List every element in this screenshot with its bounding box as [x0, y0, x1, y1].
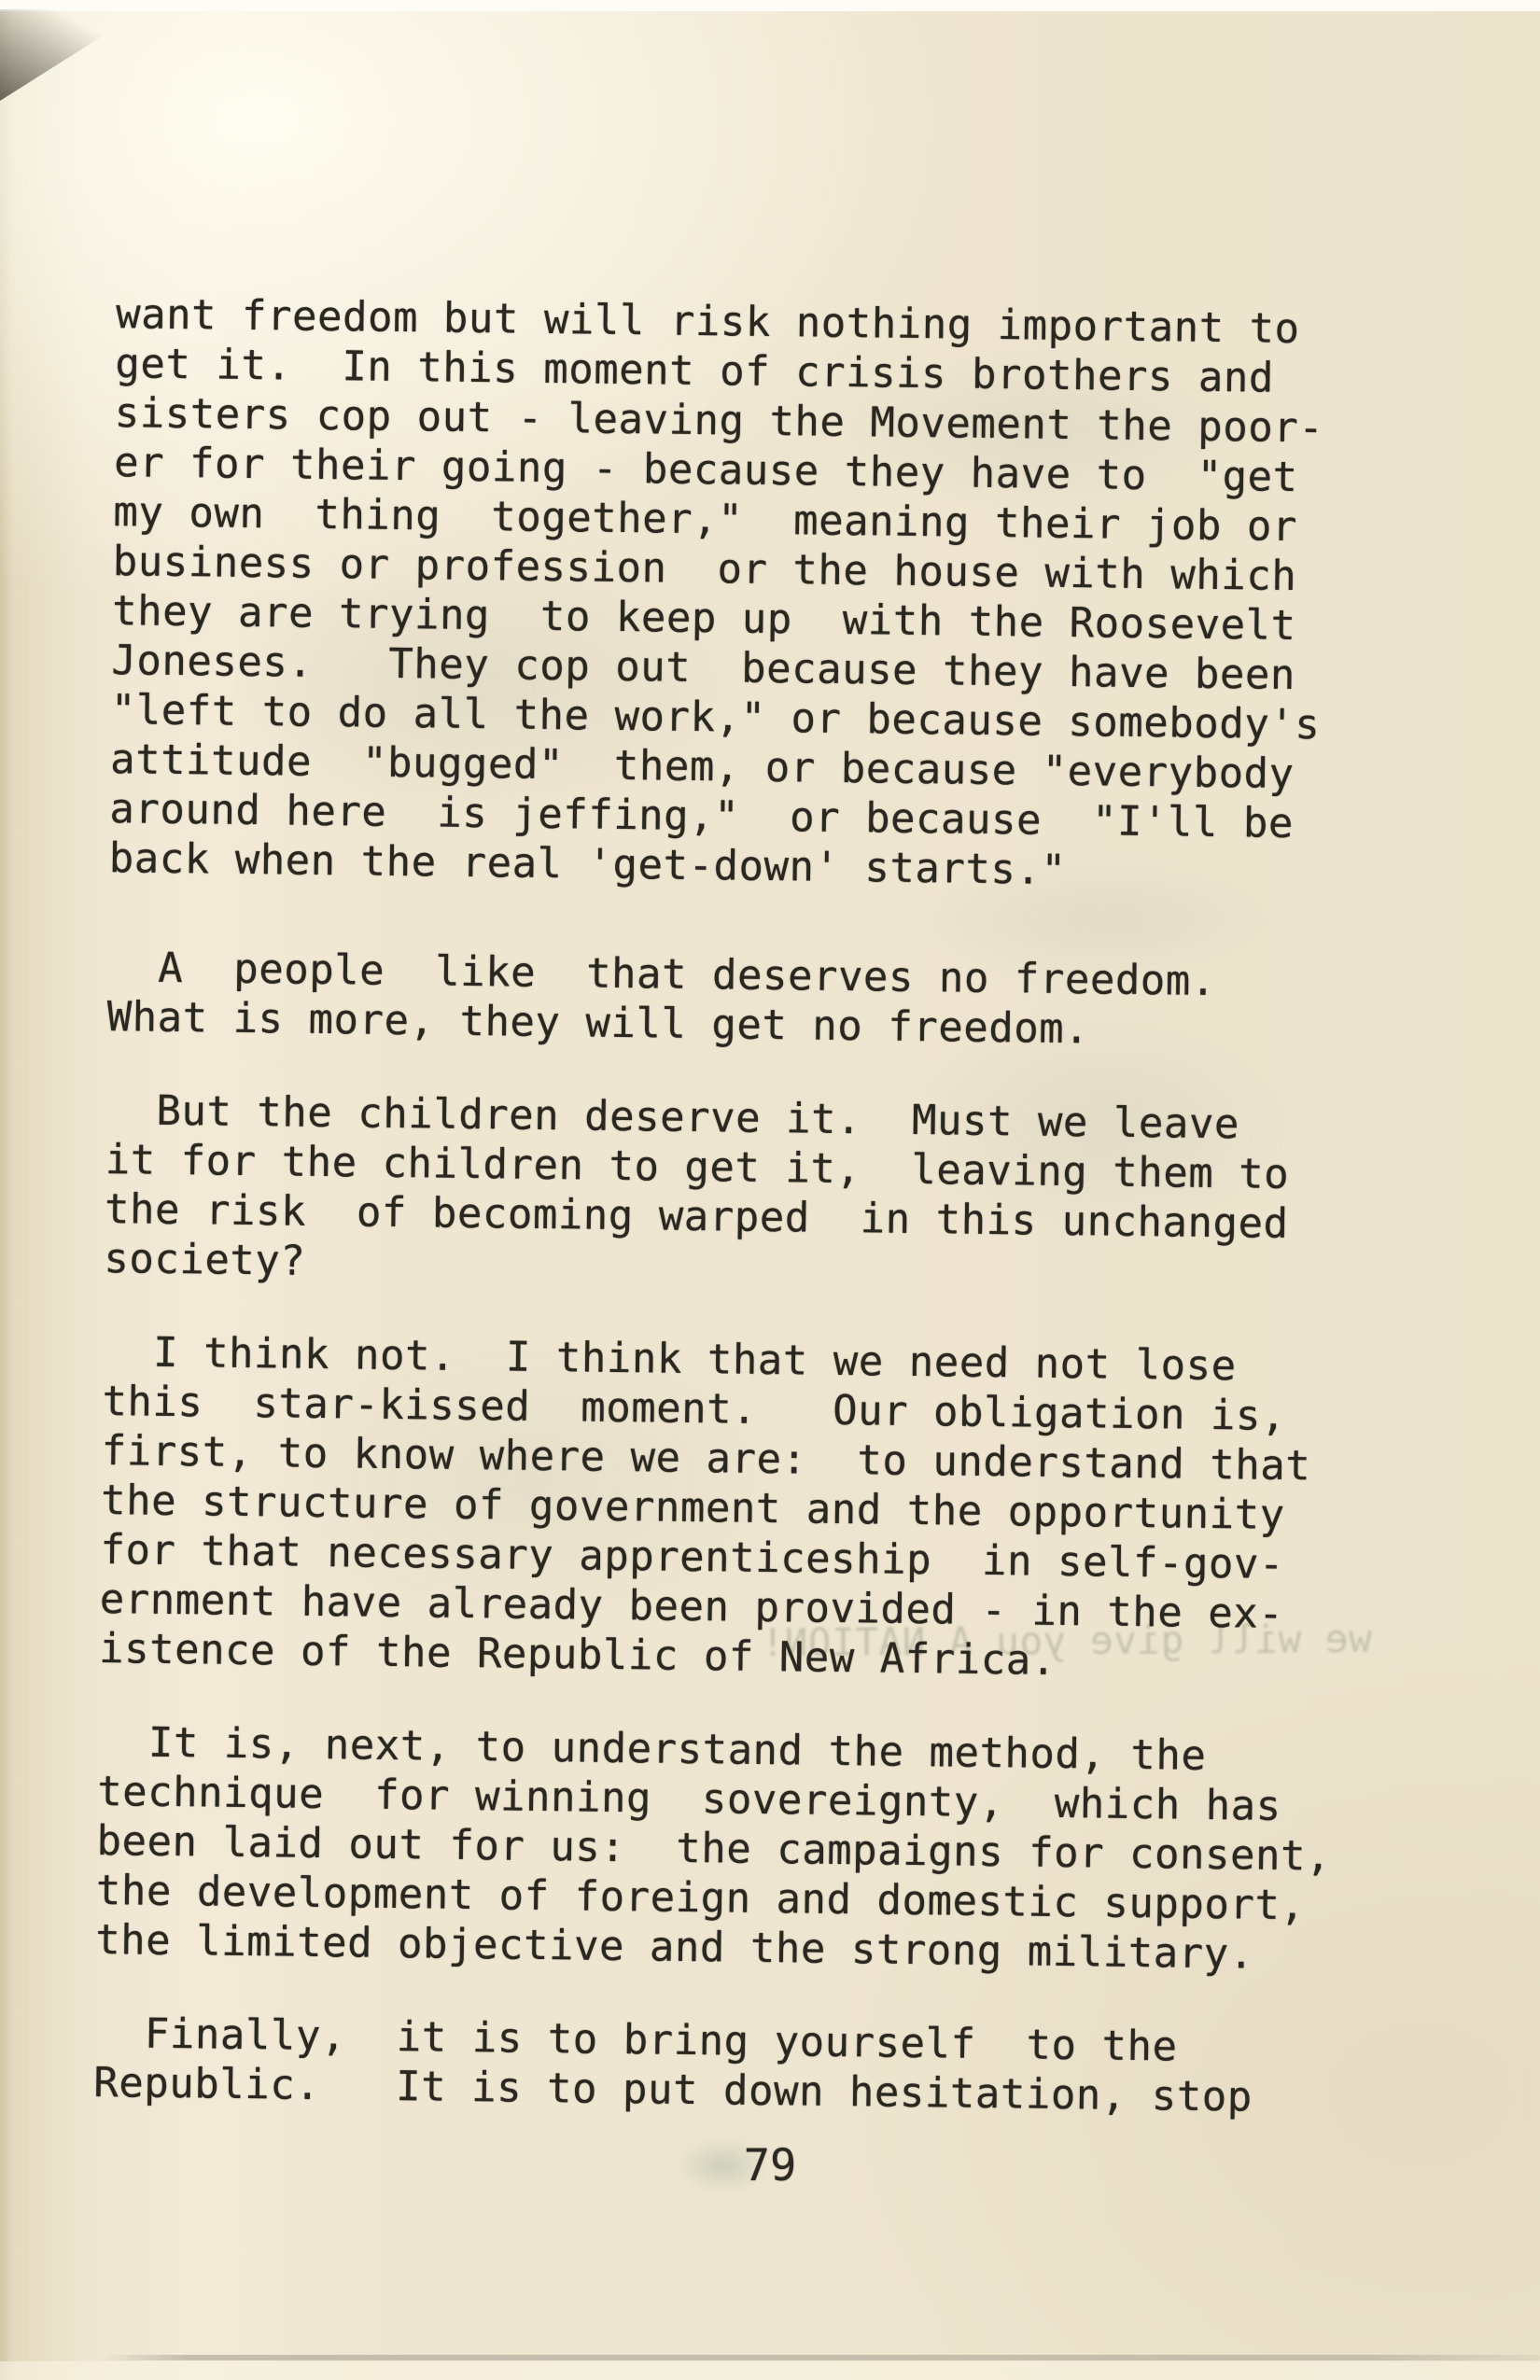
paragraph: I think not. I think that we need not lo…	[99, 1327, 1354, 1689]
page-curl-shadow	[0, 9, 145, 101]
scan-edge-bottom-line	[101, 2355, 1540, 2360]
paragraph: Finally, it is to bring yourself to theR…	[93, 2009, 1345, 2123]
text-block: want freedom but will risk nothing impor…	[93, 289, 1366, 2123]
page-number: 79	[0, 2140, 1540, 2191]
paragraph: want freedom but will risk nothing impor…	[108, 289, 1366, 899]
scan-edge-top	[0, 0, 1540, 11]
paragraph: But the children deserve it. Must we lea…	[104, 1085, 1357, 1299]
scan-edge-bottom	[0, 2361, 1540, 2380]
paragraph: A people like that deserves no freedom.W…	[106, 943, 1358, 1057]
scanned-book-page: we will give you A NATION! want freedom …	[0, 0, 1540, 2380]
paragraph: It is, next, to understand the method, t…	[95, 1717, 1349, 1981]
